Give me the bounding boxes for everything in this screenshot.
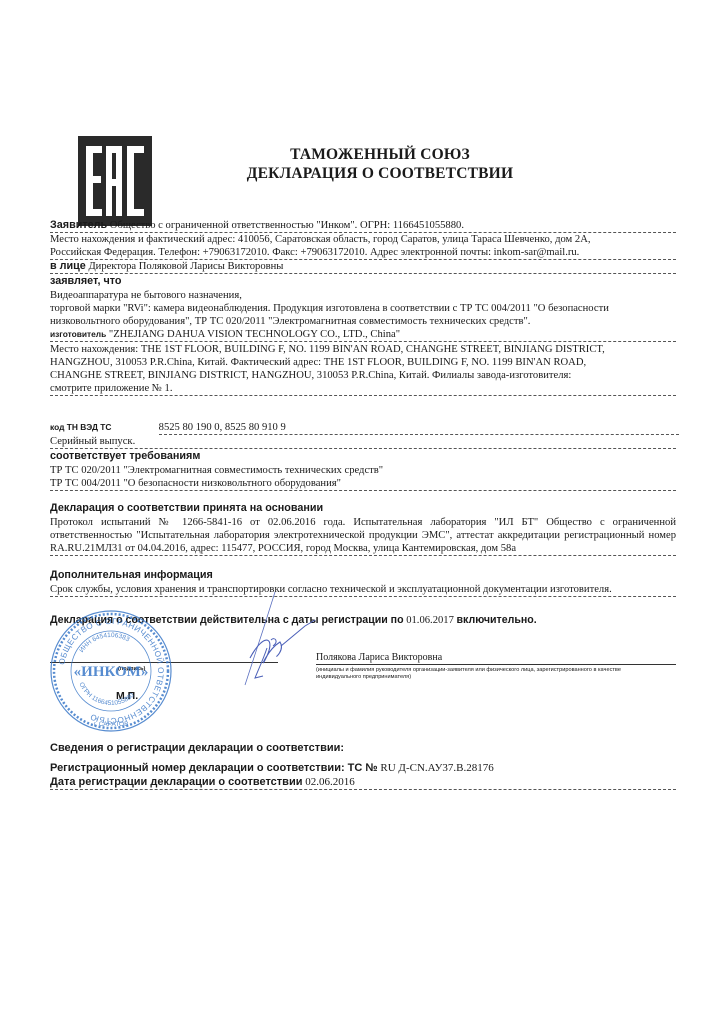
basis-label: Декларация о соответствии принята на осн…: [50, 502, 676, 514]
requirement-item: ТР ТС 004/2011 "О безопасности низковоль…: [50, 477, 676, 491]
registration-heading: Сведения о регистрации декларации о соот…: [50, 742, 676, 754]
additional-label: Дополнительная информация: [50, 569, 676, 581]
signer-name: Полякова Лариса Викторовна: [316, 652, 676, 665]
signature-icon: [205, 590, 325, 700]
validity-date: 01.06.2017: [406, 615, 454, 626]
person-label: в лице: [50, 260, 86, 272]
applicant-label: Заявитель: [50, 219, 107, 231]
manufacturer-value: "ZHEJIANG DAHUA VISION TECHNOLOGY CO., L…: [109, 329, 400, 340]
eac-logo: [78, 136, 152, 226]
registration-date-row: Дата регистрации декларации о соответств…: [50, 776, 676, 790]
registration-number-value: RU Д-CN.АУ37.В.28176: [380, 762, 493, 774]
declares-line-3: низковольтного оборудования", ТР ТС 020/…: [50, 315, 676, 328]
manufacturer-row: изготовитель "ZHEJIANG DAHUA VISION TECH…: [50, 328, 676, 342]
release-type: Серийный выпуск.: [50, 435, 676, 449]
manufacturer-address-1: Место нахождения: THE 1ST FLOOR, BUILDIN…: [50, 343, 676, 356]
person-value: Директора Поляковой Ларисы Викторовны: [88, 261, 283, 272]
manufacturer-address-3: CHANGHE STREET, BINJIANG DISTRICT, HANGZ…: [50, 369, 676, 382]
company-stamp: ОБЩЕСТВО С ОГРАНИЧЕННОЙ ОТВЕТСТВЕННОСТЬЮ…: [48, 608, 174, 734]
registration-number-row: Регистрационный номер декларации о соотв…: [50, 762, 676, 775]
declares-line-2: торговой марки "RVi": камера видеонаблюд…: [50, 302, 676, 315]
svg-text:г. САРАТОВ: г. САРАТОВ: [94, 721, 129, 728]
title-line-1: ТАМОЖЕННЫЙ СОЮЗ: [200, 145, 560, 164]
registration-number-label: Регистрационный номер декларации о соотв…: [50, 762, 378, 774]
applicant-value: Общество с ограниченной ответственностью…: [110, 220, 464, 231]
handwritten-signature: [205, 590, 325, 700]
manufacturer-label: изготовитель: [50, 329, 106, 339]
registration-date-label: Дата регистрации декларации о соответств…: [50, 776, 302, 788]
declares-label: заявляет, что: [50, 275, 676, 287]
manufacturer-address-4: смотрите приложение № 1.: [50, 382, 676, 396]
tn-ved-label: код ТН ВЭД ТС: [50, 421, 156, 434]
registration-date-value: 02.06.2016: [305, 776, 355, 788]
basis-text: Протокол испытаний № 1266-5841-16 от 02.…: [50, 516, 676, 556]
title-line-2: ДЕКЛАРАЦИЯ О СООТВЕТСТВИИ: [200, 164, 560, 183]
eac-mark-icon: [78, 136, 152, 226]
stamp-seal-icon: ОБЩЕСТВО С ОГРАНИЧЕННОЙ ОТВЕТСТВЕННОСТЬЮ…: [48, 608, 174, 734]
svg-text:ИНН 6454106383: ИНН 6454106383: [78, 632, 131, 654]
applicant-person-row: в лице Директора Поляковой Ларисы Виктор…: [50, 260, 676, 274]
manufacturer-address-2: HANGZHOU, 310053 P.R.China, Китай. Факти…: [50, 356, 676, 369]
document-title: ТАМОЖЕННЫЙ СОЮЗ ДЕКЛАРАЦИЯ О СООТВЕТСТВИ…: [200, 145, 560, 183]
caption-line-1: (инициалы и фамилия руководителя организ…: [316, 667, 676, 674]
declares-line-1: Видеоаппаратура не бытового назначения,: [50, 289, 676, 302]
signer-name-caption: (инициалы и фамилия руководителя организ…: [316, 667, 676, 681]
requirement-item: ТР ТС 020/2011 "Электромагнитная совмест…: [50, 464, 676, 477]
requirements-label: соответствует требованиям: [50, 450, 676, 462]
svg-text:ОГРН 1166451055880: ОГРН 1166451055880: [77, 681, 135, 707]
applicant-address-2: Российская Федерация. Телефон: +79063172…: [50, 246, 676, 260]
applicant-row: Заявитель Общество с ограниченной ответс…: [50, 219, 676, 233]
tn-ved-value: 8525 80 190 0, 8525 80 910 9: [159, 421, 679, 435]
caption-line-2: индивидуального предпринимателя): [316, 674, 676, 681]
additional-text: Срок службы, условия хранения и транспор…: [50, 583, 676, 597]
applicant-address-1: Место нахождения и фактический адрес: 41…: [50, 233, 676, 246]
tn-ved-row: код ТН ВЭД ТС 8525 80 190 0, 8525 80 910…: [50, 421, 676, 435]
svg-text:«ИНКОМ»: «ИНКОМ»: [74, 664, 149, 680]
validity-suffix: включительно.: [457, 614, 537, 626]
